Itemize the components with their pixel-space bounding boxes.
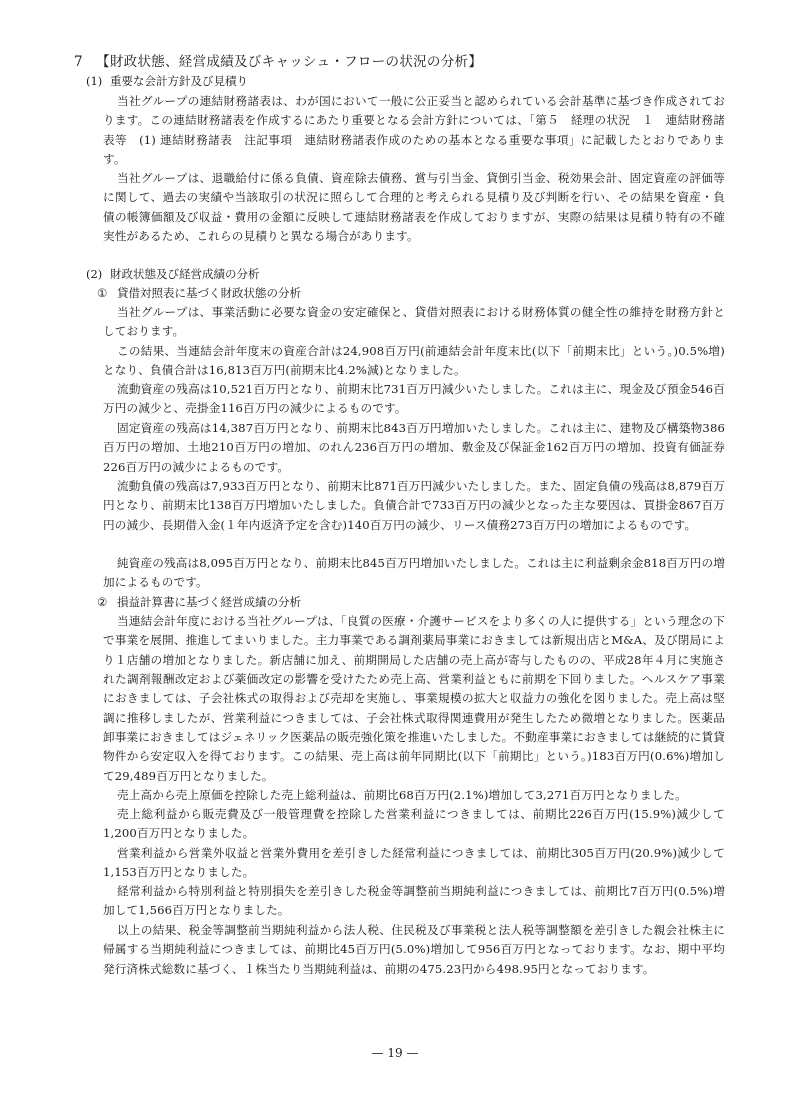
paragraph-net-assets: 純資産の残高は8,095百万円となり、前期末比845百万円増加いたしました。これ… [103,554,725,593]
paragraph-current-assets: 流動資産の残高は10,521百万円となり、前期末比731百万円減少いたしました。… [103,380,725,419]
section-heading: 7【財政状態、経営成績及びキャッシュ・フローの状況の分析】 [74,53,482,72]
paragraph-financial-policy: 当社グループは、事業活動に必要な資金の安定確保と、貸借対照表における財務体質の健… [103,303,725,342]
page-number: — 19 — [0,1045,790,1061]
paragraph-accounting-basis: 当社グループの連結財務諸表は、わが国において一般に公正妥当と認められている会計基… [103,92,725,169]
section-number: 7 [74,53,96,72]
subsection-title: 財政状態及び経営成績の分析 [110,267,260,281]
subsection-title: 重要な会計方針及び見積り [110,74,248,88]
subsection-number: (1) [86,72,110,91]
subsection-number: (2) [86,265,110,284]
paragraph-gross-profit: 売上高から売上原価を控除した売上総利益は、前期比68百万円(2.1%)増加して3… [103,786,725,805]
item-heading-balance-sheet: ①貸借対照表に基づく財政状態の分析 [97,284,301,303]
subsection-heading-1: (1)重要な会計方針及び見積り [86,72,248,91]
paragraph-ordinary-income: 営業利益から営業外収益と営業外費用を差引きした経常利益につきましては、前期比30… [103,844,725,883]
item-number: ① [97,284,117,303]
item-title: 貸借対照表に基づく財政状態の分析 [117,286,301,300]
item-title: 損益計算書に基づく経営成績の分析 [117,595,301,609]
document-page: 7【財政状態、経営成績及びキャッシュ・フローの状況の分析】 (1)重要な会計方針… [0,0,790,1118]
paragraph-liabilities: 流動負債の残高は7,933百万円となり、前期末比871百万円減少いたしました。ま… [103,477,725,535]
paragraph-fixed-assets: 固定資産の残高は14,387百万円となり、前期末比843百万円増加いたしました。… [103,419,725,477]
paragraph-pretax-income: 経常利益から特別利益と特別損失を差引きした税金等調整前当期純利益につきましては、… [103,882,725,921]
paragraph-net-income: 以上の結果、税金等調整前当期純利益から法人税、住民税及び事業税と法人税等調整額を… [103,921,725,979]
subsection-heading-2: (2)財政状態及び経営成績の分析 [86,265,260,284]
paragraph-business-overview: 当連結会計年度における当社グループは、「良質の医療・介護サービスをより多くの人に… [103,612,725,786]
item-heading-income-statement: ②損益計算書に基づく経営成績の分析 [97,593,301,612]
paragraph-operating-income: 売上総利益から販売費及び一般管理費を控除した営業利益につきましては、前期比226… [103,805,725,844]
paragraph-estimates: 当社グループは、退職給付に係る負債、資産除去債務、賞与引当金、貸倒引当金、税効果… [103,169,725,246]
item-number: ② [97,593,117,612]
section-title: 【財政状態、経営成績及びキャッシュ・フローの状況の分析】 [96,54,482,70]
paragraph-total-assets: この結果、当連結会計年度末の資産合計は24,908百万円(前連結会計年度末比(以… [103,342,725,381]
